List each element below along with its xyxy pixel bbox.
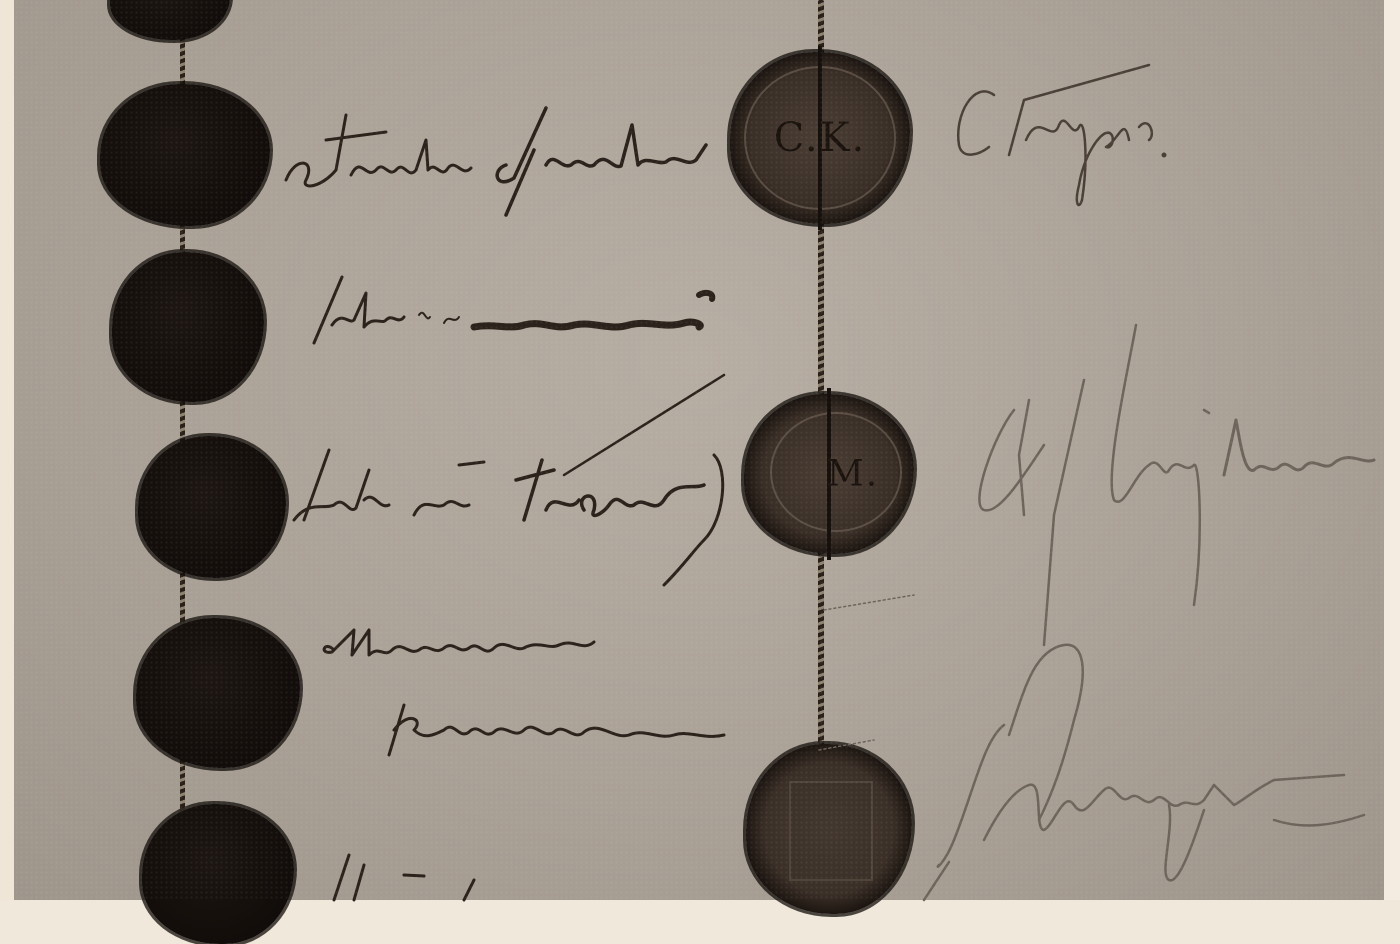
- signature-text-r3: J. Dolengow: [14, 0, 15, 1]
- signature-kupow: [934, 55, 1264, 215]
- signature-mangimbers: [954, 305, 1400, 665]
- wax-seal-left-5: [136, 618, 300, 768]
- signature-cropped-bottom: [314, 840, 614, 900]
- seal-rect-impression: [789, 781, 873, 880]
- seal-monogram: C.K.: [730, 115, 910, 161]
- signature-kiernik: [284, 370, 754, 590]
- wax-seal-right-ck: C.K.: [730, 52, 910, 224]
- wax-seal-left-4: [138, 436, 286, 578]
- photo-border-left: [0, 0, 14, 900]
- dotted-line-marks: [814, 580, 954, 760]
- wax-seal-left-2: [100, 84, 270, 226]
- wax-seal-right-3: [746, 744, 912, 900]
- document-photo: C.K. M. Stanisław Grabski Intocvaieniemi…: [14, 0, 1384, 900]
- wax-seal-right-m: M.: [744, 394, 914, 554]
- seal-monogram: M.: [744, 454, 914, 495]
- signature-dolengow: [914, 630, 1394, 900]
- photo-border-right: [1384, 0, 1400, 900]
- signature-grabski: [276, 70, 736, 240]
- wax-seal-left-1: [110, 0, 230, 40]
- signature-intocvaieniemicz: [294, 265, 734, 365]
- wax-seal-left-6: [142, 804, 294, 900]
- signature-kulinski: [314, 590, 754, 780]
- wax-seal-left-3: [112, 252, 264, 402]
